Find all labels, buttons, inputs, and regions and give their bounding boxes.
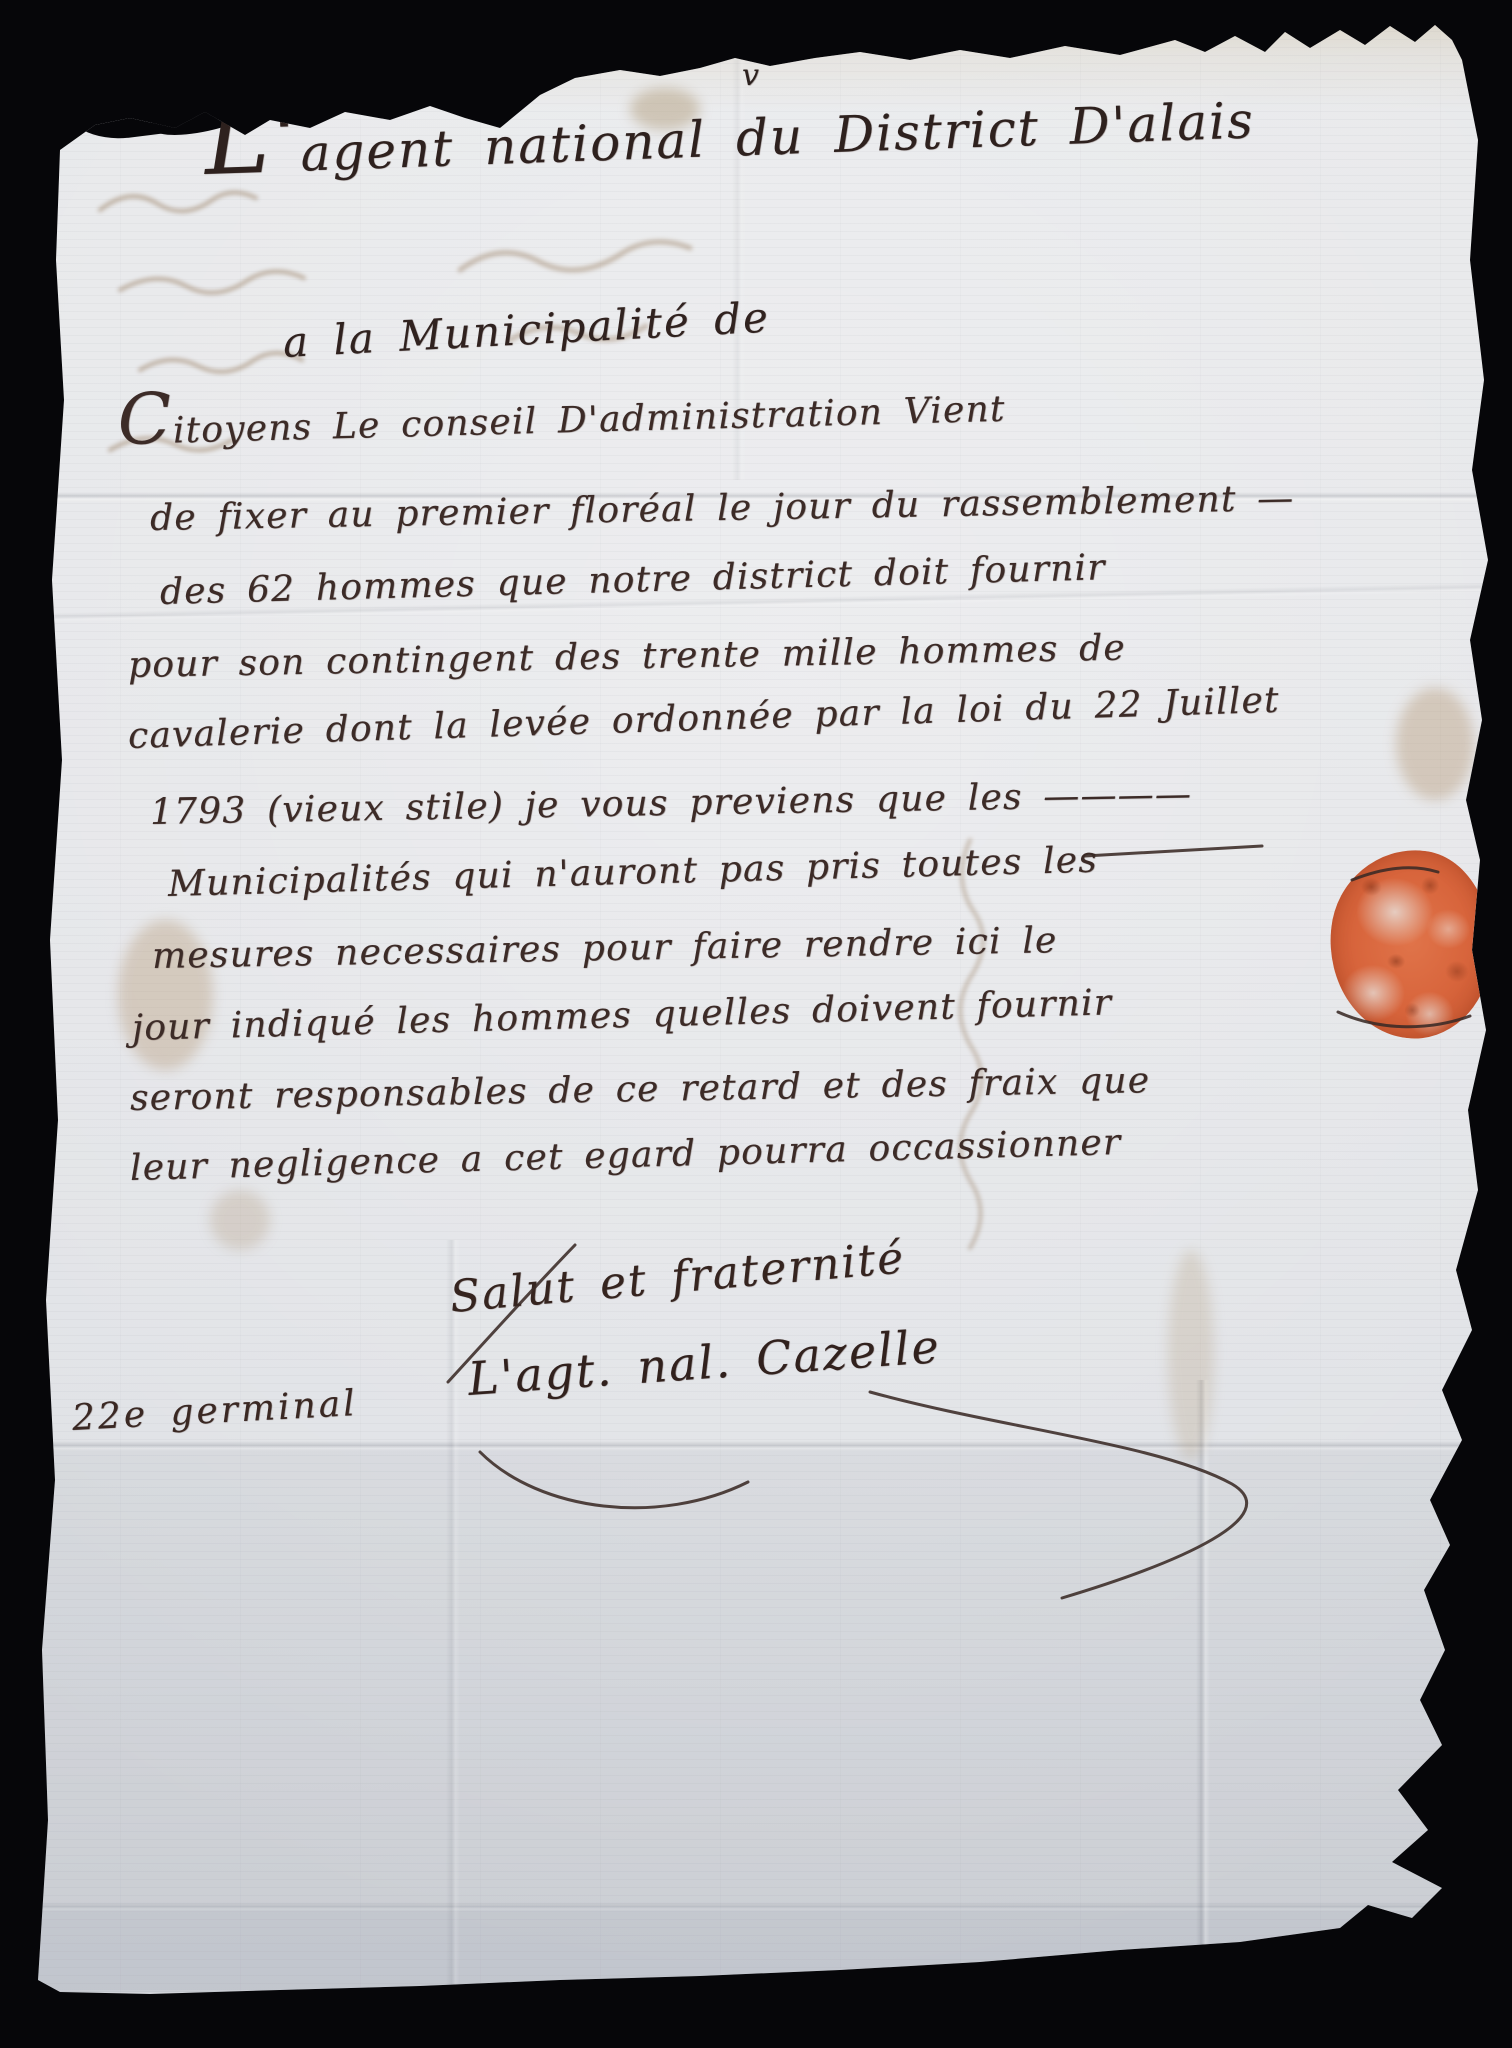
red-wax-seal (1321, 842, 1502, 1046)
body-line: cavalerie dont la levée ordonnée par la … (127, 680, 1280, 757)
ink-bleedthrough (925, 820, 1015, 1280)
signature: L'agt. nal. Cazelle (466, 1319, 942, 1406)
horizontal-fold-crease (0, 1441, 1512, 1451)
letter-heading: L'agent national du District D'alais (204, 91, 1256, 186)
paper-stain (210, 1190, 270, 1250)
horizontal-fold-crease (0, 1902, 1512, 1912)
body-line: 1793 (vieux stile) je vous previens que … (150, 774, 1193, 833)
torn-edge-gap (239, 47, 531, 115)
vertical-fold-crease (446, 1240, 460, 1990)
date-annotation: 22e germinal (71, 1383, 359, 1439)
vertical-fold-crease (1196, 1380, 1210, 1992)
paper-stain (1396, 688, 1474, 800)
body-line: pour son contingent des trente mille hom… (128, 628, 1127, 686)
fold-shade-band (0, 1906, 1512, 1992)
top-ink-mark: v (742, 58, 760, 93)
photo-background: L'agent national du District D'alais a l… (0, 0, 1512, 2048)
paper-stain (1168, 1250, 1214, 1460)
body-line: mesures necessaires pour faire rendre ic… (152, 920, 1058, 977)
letter-paper: L'agent national du District D'alais a l… (0, 0, 1512, 2048)
closing-salutation: Salut et fraternité (448, 1232, 907, 1323)
